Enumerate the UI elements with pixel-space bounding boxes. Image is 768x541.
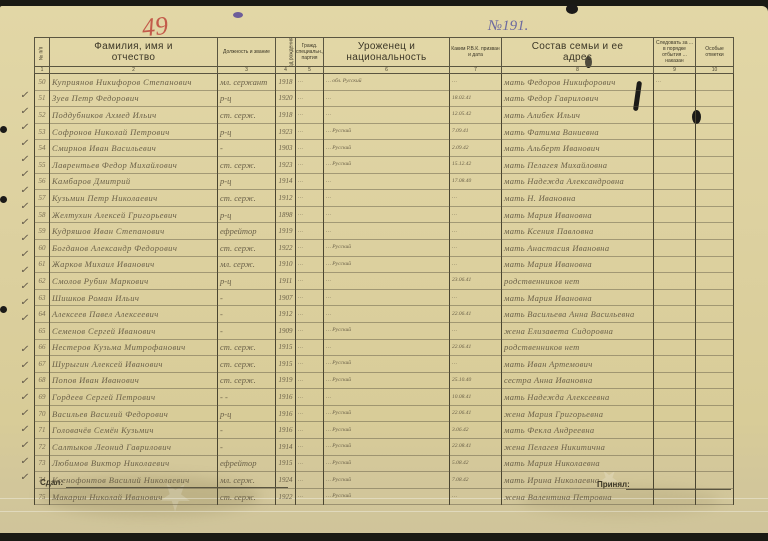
special-notes-cell	[696, 289, 734, 306]
birth-year-cell: 1907	[276, 289, 296, 306]
header-row: № п/п Фамилия, имя и отчество Должность …	[35, 38, 734, 67]
special-notes-cell	[696, 256, 734, 273]
check-mark-icon: ✓	[20, 424, 28, 435]
table-row: 75Макарин Николай Ивановичст. серж.1922……	[35, 488, 734, 505]
row-number-cell: 69	[35, 389, 50, 406]
family-address-cell: мать Пелагея Михайловна	[502, 156, 654, 173]
column-number: 10	[696, 67, 734, 74]
family-address-cell: мать Иван Артемович	[502, 356, 654, 373]
column-number: 5	[296, 67, 324, 74]
row-number-cell: 72	[35, 439, 50, 456]
full-name-cell: Макарин Николай Иванович	[50, 488, 218, 505]
birth-year-cell: 1916	[276, 405, 296, 422]
table-row: 51Зуев Петр Федоровичр-ц1920……18.02.41ма…	[35, 90, 734, 107]
position-rank-cell: мл. серж.	[218, 256, 276, 273]
origin-nationality-cell: …	[324, 289, 450, 306]
row-number-cell: 51	[35, 90, 50, 107]
check-mark-icon: ✓	[20, 297, 28, 308]
handed-over-label: Сдал:	[40, 478, 63, 487]
family-address-cell: мать Алибек Ильич	[502, 107, 654, 124]
birth-year-cell: 1915	[276, 339, 296, 356]
table-row: 59Кудряшов Иван Степановичефрейтор1919………	[35, 223, 734, 240]
row-number-cell: 66	[35, 339, 50, 356]
column-number: 8	[502, 67, 654, 74]
follow-order-cell: …	[654, 74, 696, 91]
origin-nationality-cell: … Русский	[324, 472, 450, 489]
special-notes-cell	[696, 239, 734, 256]
full-name-cell: Куприянов Никифоров Степанович	[50, 74, 218, 91]
full-name-cell: Любимов Виктор Николаевич	[50, 455, 218, 472]
row-number-cell: 54	[35, 140, 50, 157]
birth-year-cell: 1919	[276, 223, 296, 240]
draft-office-date-cell: 12.05.42	[450, 107, 502, 124]
civil-specialty-cell: …	[296, 306, 324, 323]
full-name-cell: Лаврентьев Федор Михайлович	[50, 156, 218, 173]
special-notes-cell	[696, 488, 734, 505]
full-name-cell: Васильев Василий Федорович	[50, 405, 218, 422]
personnel-ledger-table: № п/п Фамилия, имя и отчество Должность …	[34, 37, 734, 505]
full-name-cell: Шишков Роман Ильич	[50, 289, 218, 306]
table-row: 67Шурыгин Алексей Ивановичст. серж.1915……	[35, 356, 734, 373]
table-row: 56Камбаров Дмитрийр-ц1914……17.08.40мать …	[35, 173, 734, 190]
row-number-cell: 62	[35, 273, 50, 290]
origin-nationality-cell: … Русский	[324, 488, 450, 505]
full-name-cell: Поддубников Ахмед Ильич	[50, 107, 218, 124]
special-notes-cell	[696, 356, 734, 373]
follow-order-cell	[654, 140, 696, 157]
civil-specialty-cell: …	[296, 107, 324, 124]
civil-specialty-cell: …	[296, 190, 324, 207]
position-rank-cell: ст. серж.	[218, 156, 276, 173]
position-rank-cell: ефрейтор	[218, 223, 276, 240]
origin-nationality-cell: …	[324, 273, 450, 290]
civil-specialty-cell: …	[296, 123, 324, 140]
draft-office-date-cell: …	[450, 74, 502, 91]
ink-blot	[0, 306, 7, 313]
row-number-cell: 58	[35, 206, 50, 223]
full-name-cell: Ксенофонтов Василий Николаевич	[50, 472, 218, 489]
full-name-cell: Салтыков Леонид Гаврилович	[50, 439, 218, 456]
draft-office-date-cell: 10.08.41	[450, 389, 502, 406]
special-notes-cell	[696, 273, 734, 290]
draft-office-date-cell: …	[450, 289, 502, 306]
check-mark-icon: ✓	[20, 456, 28, 467]
full-name-cell: Богданов Александр Федорович	[50, 239, 218, 256]
civil-specialty-cell: …	[296, 206, 324, 223]
follow-order-cell	[654, 356, 696, 373]
row-number-cell: 75	[35, 488, 50, 505]
follow-order-cell	[654, 206, 696, 223]
origin-nationality-cell: …	[324, 306, 450, 323]
header-special-notes: Особые отметки	[696, 38, 734, 67]
position-rank-cell: р-ц	[218, 173, 276, 190]
row-number-cell: 64	[35, 306, 50, 323]
scan-edge	[0, 533, 768, 541]
special-notes-cell	[696, 389, 734, 406]
draft-office-date-cell: …	[450, 322, 502, 339]
civil-specialty-cell: …	[296, 239, 324, 256]
full-name-cell: Кудряшов Иван Степанович	[50, 223, 218, 240]
origin-nationality-cell: …	[324, 339, 450, 356]
birth-year-cell: 1918	[276, 107, 296, 124]
origin-nationality-cell: … Русский	[324, 405, 450, 422]
follow-order-cell	[654, 173, 696, 190]
follow-order-cell	[654, 439, 696, 456]
row-number-cell: 60	[35, 239, 50, 256]
birth-year-cell: 1914	[276, 173, 296, 190]
check-mark-icon: ✓	[20, 185, 28, 196]
civil-specialty-cell: …	[296, 422, 324, 439]
civil-specialty-cell: …	[296, 74, 324, 91]
follow-order-cell	[654, 239, 696, 256]
origin-nationality-cell: …	[324, 90, 450, 107]
special-notes-cell	[696, 439, 734, 456]
full-name-cell: Шурыгин Алексей Иванович	[50, 356, 218, 373]
civil-specialty-cell: …	[296, 472, 324, 489]
family-address-cell: жена Мария Григорьевна	[502, 405, 654, 422]
family-address-cell: мать Фекла Андреевна	[502, 422, 654, 439]
draft-office-date-cell: 18.02.41	[450, 90, 502, 107]
position-rank-cell: р-ц	[218, 123, 276, 140]
position-rank-cell: -	[218, 289, 276, 306]
position-rank-cell: мл. серж.	[218, 472, 276, 489]
draft-office-date-cell: 7.08.42	[450, 472, 502, 489]
family-address-cell: мать Надежда Алексеевна	[502, 389, 654, 406]
follow-order-cell	[654, 322, 696, 339]
origin-nationality-cell: … Русский	[324, 256, 450, 273]
special-notes-cell	[696, 422, 734, 439]
civil-specialty-cell: …	[296, 256, 324, 273]
follow-order-cell	[654, 405, 696, 422]
row-number-cell: 68	[35, 372, 50, 389]
family-address-cell: мать Федор Гаврилович	[502, 90, 654, 107]
draft-office-date-cell: 25.10.40	[450, 372, 502, 389]
family-address-cell: мать Надежда Александровна	[502, 173, 654, 190]
birth-year-cell: 1924	[276, 472, 296, 489]
origin-nationality-cell: … Русский	[324, 439, 450, 456]
draft-office-date-cell: 17.08.40	[450, 173, 502, 190]
table-row: 73Любимов Виктор Николаевичефрейтор1915……	[35, 455, 734, 472]
header-number: № п/п	[35, 38, 50, 67]
column-number: 6	[324, 67, 450, 74]
birth-year-cell: 1922	[276, 488, 296, 505]
row-number-cell: 70	[35, 405, 50, 422]
birth-year-cell: 1923	[276, 156, 296, 173]
origin-nationality-cell: …	[324, 223, 450, 240]
draft-office-date-cell: 22.06.41	[450, 339, 502, 356]
position-rank-cell: -	[218, 439, 276, 456]
special-notes-cell	[696, 206, 734, 223]
full-name-cell: Софронов Николай Петрович	[50, 123, 218, 140]
full-name-cell: Нестеров Кузьма Митрофанович	[50, 339, 218, 356]
family-address-cell: сестра Анна Ивановна	[502, 372, 654, 389]
check-mark-icon: ✓	[20, 217, 28, 228]
position-rank-cell: ст. серж.	[218, 190, 276, 207]
follow-order-cell	[654, 422, 696, 439]
birth-year-cell: 1918	[276, 74, 296, 91]
follow-order-cell	[654, 223, 696, 240]
draft-office-date-cell: 23.06.41	[450, 273, 502, 290]
check-mark-icon: ✓	[20, 360, 28, 371]
paper-crease	[0, 511, 768, 512]
origin-nationality-cell: …	[324, 206, 450, 223]
special-notes-cell	[696, 339, 734, 356]
special-notes-cell	[696, 156, 734, 173]
special-notes-cell	[696, 90, 734, 107]
row-number-cell: 63	[35, 289, 50, 306]
civil-specialty-cell: …	[296, 156, 324, 173]
follow-order-cell	[654, 107, 696, 124]
position-rank-cell: - -	[218, 389, 276, 406]
civil-specialty-cell: …	[296, 356, 324, 373]
family-address-cell: жена Пелагея Никитична	[502, 439, 654, 456]
birth-year-cell: 1920	[276, 90, 296, 107]
family-address-cell: мать Мария Ивановна	[502, 289, 654, 306]
header-position-rank: Должность и звание	[218, 38, 276, 67]
draft-office-date-cell: 2.09.42	[450, 140, 502, 157]
follow-order-cell	[654, 372, 696, 389]
row-number-cell: 57	[35, 190, 50, 207]
origin-nationality-cell: …	[324, 190, 450, 207]
position-rank-cell: -	[218, 140, 276, 157]
handed-over-signature-line	[66, 487, 288, 488]
row-number-cell: 73	[35, 455, 50, 472]
draft-office-date-cell: …	[450, 239, 502, 256]
family-address-cell: мать Ирина Николаевна	[502, 472, 654, 489]
column-number: 1	[35, 67, 50, 74]
check-mark-icon: ✓	[20, 440, 28, 451]
origin-nationality-cell: … Русский	[324, 239, 450, 256]
origin-nationality-cell: … Русский	[324, 372, 450, 389]
table-row: 60Богданов Александр Федоровичст. серж.1…	[35, 239, 734, 256]
civil-specialty-cell: …	[296, 90, 324, 107]
full-name-cell: Зуев Петр Федорович	[50, 90, 218, 107]
ink-blot	[0, 196, 7, 203]
draft-office-date-cell: 5.08.42	[450, 455, 502, 472]
follow-order-cell	[654, 123, 696, 140]
special-notes-cell	[696, 107, 734, 124]
birth-year-cell: 1909	[276, 322, 296, 339]
table-row: 68Попов Иван Ивановичст. серж.1919…… Рус…	[35, 372, 734, 389]
header-civil-specialty: Гражд. специальн., партия	[296, 38, 324, 67]
check-mark-icon: ✓	[20, 472, 28, 483]
civil-specialty-cell: …	[296, 389, 324, 406]
special-notes-cell	[696, 472, 734, 489]
position-rank-cell: р-ц	[218, 90, 276, 107]
special-notes-cell	[696, 173, 734, 190]
row-number-cell: 56	[35, 173, 50, 190]
full-name-cell: Попов Иван Иванович	[50, 372, 218, 389]
follow-order-cell	[654, 90, 696, 107]
row-number-cell: 61	[35, 256, 50, 273]
check-mark-icon: ✓	[20, 313, 28, 324]
origin-nationality-cell: … обл. Русский	[324, 74, 450, 91]
civil-specialty-cell: …	[296, 223, 324, 240]
draft-office-date-cell: 22.06.41	[450, 306, 502, 323]
special-notes-cell	[696, 306, 734, 323]
table-row: 69Гордеев Сергей Петрович- -1916……10.08.…	[35, 389, 734, 406]
table-row: 52Поддубников Ахмед Ильичст. серж.1918………	[35, 107, 734, 124]
draft-office-date-cell: …	[450, 190, 502, 207]
special-notes-cell	[696, 190, 734, 207]
table-row: 62Смолов Рубин Марковичр-ц1911……23.06.41…	[35, 273, 734, 290]
position-rank-cell: мл. сержант	[218, 74, 276, 91]
check-mark-icon: ✓	[20, 376, 28, 387]
special-notes-cell	[696, 123, 734, 140]
table-row: 53Софронов Николай Петровичр-ц1923…… Рус…	[35, 123, 734, 140]
draft-office-date-cell: 3.06.42	[450, 422, 502, 439]
header-draft-office-date: Каким Р.В.К. призван и дата	[450, 38, 502, 67]
family-address-cell: мать Федоров Никифорович	[502, 74, 654, 91]
full-name-cell: Жарков Михаил Иванович	[50, 256, 218, 273]
column-number: 7	[450, 67, 502, 74]
draft-office-date-cell: …	[450, 488, 502, 505]
civil-specialty-cell: …	[296, 488, 324, 505]
civil-specialty-cell: …	[296, 372, 324, 389]
civil-specialty-cell: …	[296, 140, 324, 157]
row-number-cell: 65	[35, 322, 50, 339]
position-rank-cell: ст. серж.	[218, 239, 276, 256]
check-mark-icon: ✓	[20, 233, 28, 244]
special-notes-cell	[696, 455, 734, 472]
birth-year-cell: 1911	[276, 273, 296, 290]
check-mark-icon: ✓	[20, 169, 28, 180]
ink-blot	[0, 126, 7, 133]
table-row: 50Куприянов Никифоров Степановичмл. серж…	[35, 74, 734, 91]
ledger-sheet: ★ ★ 49 №191. № п/п Фамилия, имя и отчест…	[0, 6, 768, 536]
family-address-cell: жена Валентина Петровна	[502, 488, 654, 505]
position-rank-cell: ст. серж.	[218, 372, 276, 389]
position-rank-cell: ст. серж.	[218, 107, 276, 124]
position-rank-cell: -	[218, 306, 276, 323]
full-name-cell: Смирнов Иван Васильевич	[50, 140, 218, 157]
table-row: 72Салтыков Леонид Гаврилович-1914…… Русс…	[35, 439, 734, 456]
position-rank-cell: ст. серж.	[218, 488, 276, 505]
full-name-cell: Смолов Рубин Маркович	[50, 273, 218, 290]
family-address-cell: мать Ксения Павловна	[502, 223, 654, 240]
follow-order-cell	[654, 156, 696, 173]
position-rank-cell: р-ц	[218, 405, 276, 422]
birth-year-cell: 1903	[276, 140, 296, 157]
header-follow-order: Следовать за ... в порядке отбытия ... н…	[654, 38, 696, 67]
table-row: 55Лаврентьев Федор Михайловичст. серж.19…	[35, 156, 734, 173]
family-address-cell: мать Фатима Ваниевна	[502, 123, 654, 140]
origin-nationality-cell: … Русский	[324, 140, 450, 157]
civil-specialty-cell: …	[296, 439, 324, 456]
ink-blot	[566, 4, 578, 14]
origin-nationality-cell: …	[324, 389, 450, 406]
row-number-cell: 59	[35, 223, 50, 240]
table-row: 54Смирнов Иван Васильевич-1903…… Русский…	[35, 140, 734, 157]
special-notes-cell	[696, 223, 734, 240]
handwritten-list-number: №191.	[488, 18, 528, 35]
special-notes-cell	[696, 405, 734, 422]
draft-office-date-cell: 7.09.41	[450, 123, 502, 140]
full-name-cell: Семенов Сергей Иванович	[50, 322, 218, 339]
special-notes-cell	[696, 140, 734, 157]
ledger-body: 50Куприянов Никифоров Степановичмл. серж…	[35, 74, 734, 505]
position-rank-cell: -	[218, 422, 276, 439]
position-rank-cell: р-ц	[218, 206, 276, 223]
full-name-cell: Кузьмин Петр Николаевич	[50, 190, 218, 207]
birth-year-cell: 1923	[276, 123, 296, 140]
draft-office-date-cell: …	[450, 256, 502, 273]
special-notes-cell	[696, 372, 734, 389]
received-label: Принял:	[597, 480, 630, 489]
check-mark-icon: ✓	[20, 281, 28, 292]
follow-order-cell	[654, 455, 696, 472]
civil-specialty-cell: …	[296, 322, 324, 339]
follow-order-cell	[654, 306, 696, 323]
family-address-cell: родственников нет	[502, 339, 654, 356]
family-address-cell: мать Васильева Анна Васильевна	[502, 306, 654, 323]
birth-year-cell: 1922	[276, 239, 296, 256]
follow-order-cell	[654, 339, 696, 356]
draft-office-date-cell: 15.12.42	[450, 156, 502, 173]
received-signature-line	[626, 489, 731, 490]
column-number: 4	[276, 67, 296, 74]
civil-specialty-cell: …	[296, 339, 324, 356]
follow-order-cell	[654, 389, 696, 406]
table-row: 71Головачёв Семён Кузьмич-1916…… Русский…	[35, 422, 734, 439]
row-number-cell: 52	[35, 107, 50, 124]
civil-specialty-cell: …	[296, 405, 324, 422]
civil-specialty-cell: …	[296, 273, 324, 290]
draft-office-date-cell: 22.06.41	[450, 405, 502, 422]
follow-order-cell	[654, 488, 696, 505]
family-address-cell: мать Мария Николаевна	[502, 455, 654, 472]
full-name-cell: Алексеев Павел Алексеевич	[50, 306, 218, 323]
check-mark-icon: ✓	[20, 392, 28, 403]
table-row: 66Нестеров Кузьма Митрофановичст. серж.1…	[35, 339, 734, 356]
follow-order-cell	[654, 472, 696, 489]
column-number: 3	[218, 67, 276, 74]
position-rank-cell: ефрейтор	[218, 455, 276, 472]
draft-office-date-cell: …	[450, 206, 502, 223]
header-birth-year: Год рождения	[276, 38, 296, 67]
birth-year-cell: 1915	[276, 356, 296, 373]
full-name-cell: Гордеев Сергей Петрович	[50, 389, 218, 406]
full-name-cell: Желтухин Алексей Григорьевич	[50, 206, 218, 223]
row-number-cell: 67	[35, 356, 50, 373]
row-number-cell: 53	[35, 123, 50, 140]
position-rank-cell: ст. серж.	[218, 339, 276, 356]
origin-nationality-cell: … Русский	[324, 422, 450, 439]
origin-nationality-cell: … Русский	[324, 356, 450, 373]
origin-nationality-cell: … Русский	[324, 123, 450, 140]
origin-nationality-cell: …	[324, 173, 450, 190]
follow-order-cell	[654, 256, 696, 273]
family-address-cell: мать Альберт Иванович	[502, 140, 654, 157]
check-mark-icon: ✓	[20, 344, 28, 355]
civil-specialty-cell: …	[296, 289, 324, 306]
birth-year-cell: 1914	[276, 439, 296, 456]
check-mark-icon: ✓	[20, 122, 28, 133]
family-address-cell: родственников нет	[502, 273, 654, 290]
origin-nationality-cell: … Русский	[324, 455, 450, 472]
check-mark-icon: ✓	[20, 106, 28, 117]
origin-nationality-cell: …	[324, 107, 450, 124]
special-notes-cell	[696, 322, 734, 339]
header-full-name: Фамилия, имя и отчество	[50, 38, 218, 67]
civil-specialty-cell: …	[296, 455, 324, 472]
table-row: 58Желтухин Алексей Григорьевичр-ц1898…………	[35, 206, 734, 223]
special-notes-cell	[696, 74, 734, 91]
column-number-row: 1 2 3 4 5 6 7 8 9 10	[35, 67, 734, 74]
family-address-cell: мать Мария Ивановна	[502, 256, 654, 273]
column-number: 2	[50, 67, 218, 74]
origin-nationality-cell: … Русский	[324, 322, 450, 339]
